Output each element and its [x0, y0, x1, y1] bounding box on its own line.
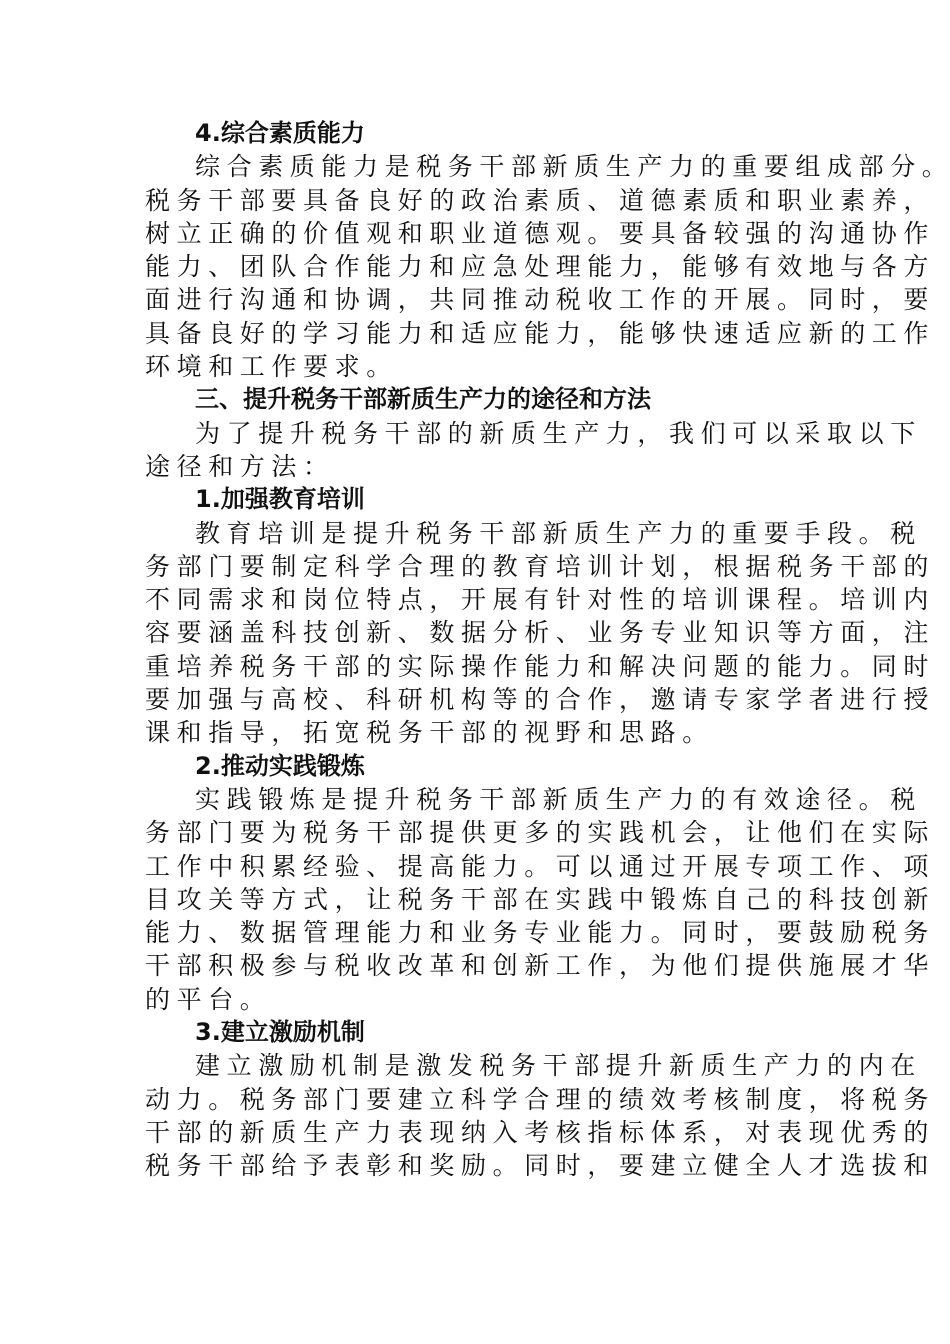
text-line: 务部门要制定科学合理的教育培训计划，根据税务干部的: [145, 550, 815, 583]
subheading-practice: 2.推动实践锻炼: [145, 750, 815, 783]
paragraph-comprehensive-quality: 综合素质能力是税务干部新质生产力的重要组成部分。 税务干部要具备良好的政治素质、…: [145, 150, 815, 383]
text-line: 树立正确的价值观和职业道德观。要具备较强的沟通协作: [145, 217, 815, 250]
text-line: 途径和方法：: [145, 450, 815, 483]
text-line: 教育培训是提升税务干部新质生产力的重要手段。税: [145, 517, 815, 550]
paragraph-methods-intro: 为了提升税务干部的新质生产力，我们可以采取以下 途径和方法：: [145, 417, 815, 484]
text-line: 的平台。: [145, 983, 815, 1016]
subheading-comprehensive-quality: 4.综合素质能力: [145, 117, 815, 150]
text-line: 环境和工作要求。: [145, 350, 815, 383]
text-line: 目攻关等方式，让税务干部在实践中锻炼自己的科技创新: [145, 883, 815, 916]
subheading-education-training: 1.加强教育培训: [145, 483, 815, 516]
text-line: 能力、数据管理能力和业务专业能力。同时，要鼓励税务: [145, 916, 815, 949]
document-page: 4.综合素质能力 综合素质能力是税务干部新质生产力的重要组成部分。 税务干部要具…: [145, 117, 815, 1183]
text-line: 面进行沟通和协调，共同推动税收工作的开展。同时，要: [145, 283, 815, 316]
section-heading-methods: 三、提升税务干部新质生产力的途径和方法: [145, 383, 815, 416]
paragraph-education-training: 教育培训是提升税务干部新质生产力的重要手段。税 务部门要制定科学合理的教育培训计…: [145, 517, 815, 750]
text-line: 为了提升税务干部的新质生产力，我们可以采取以下: [145, 417, 815, 450]
text-line: 课和指导，拓宽税务干部的视野和思路。: [145, 716, 815, 749]
text-line: 具备良好的学习能力和适应能力，能够快速适应新的工作: [145, 317, 815, 350]
text-line: 综合素质能力是税务干部新质生产力的重要组成部分。: [145, 150, 815, 183]
subheading-incentive: 3.建立激励机制: [145, 1016, 815, 1049]
text-line: 干部的新质生产力表现纳入考核指标体系，对表现优秀的: [145, 1116, 815, 1149]
text-line: 干部积极参与税收改革和创新工作，为他们提供施展才华: [145, 949, 815, 982]
text-line: 税务干部给予表彰和奖励。同时，要建立健全人才选拔和: [145, 1149, 815, 1182]
text-line: 要加强与高校、科研机构等的合作，邀请专家学者进行授: [145, 683, 815, 716]
text-line: 动力。税务部门要建立科学合理的绩效考核制度，将税务: [145, 1083, 815, 1116]
text-line: 工作中积累经验、提高能力。可以通过开展专项工作、项: [145, 850, 815, 883]
paragraph-incentive: 建立激励机制是激发税务干部提升新质生产力的内在 动力。税务部门要建立科学合理的绩…: [145, 1049, 815, 1182]
text-line: 务部门要为税务干部提供更多的实践机会，让他们在实际: [145, 816, 815, 849]
text-line: 容要涵盖科技创新、数据分析、业务专业知识等方面，注: [145, 616, 815, 649]
text-line: 重培养税务干部的实际操作能力和解决问题的能力。同时: [145, 650, 815, 683]
paragraph-practice: 实践锻炼是提升税务干部新质生产力的有效途径。税 务部门要为税务干部提供更多的实践…: [145, 783, 815, 1016]
text-line: 建立激励机制是激发税务干部提升新质生产力的内在: [145, 1049, 815, 1082]
text-line: 实践锻炼是提升税务干部新质生产力的有效途径。税: [145, 783, 815, 816]
text-line: 不同需求和岗位特点，开展有针对性的培训课程。培训内: [145, 583, 815, 616]
text-line: 能力、团队合作能力和应急处理能力，能够有效地与各方: [145, 250, 815, 283]
text-line: 税务干部要具备良好的政治素质、道德素质和职业素养，: [145, 184, 815, 217]
